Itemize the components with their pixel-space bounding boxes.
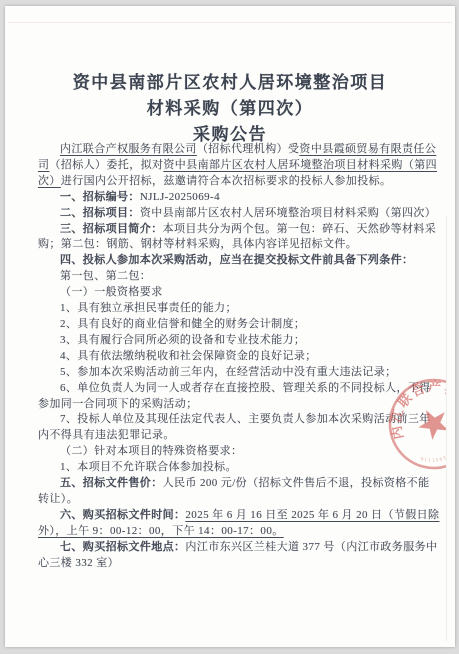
- document-line: 内江联合产权服务有限公司（招标代理机构）受资中县霞硕贸易有限责任公: [38, 142, 436, 158]
- document-line: 二、招标项目：资中县南部片区农村人居环境整治项目材料采购（第四次）: [38, 206, 436, 222]
- text-segment: 内不得具有违法犯罪记录。: [38, 429, 175, 441]
- text-segment: 1、具有独立承担民事责任的能力；: [60, 302, 237, 314]
- document-line: 7、投标人单位及其现任法定代表人、主要负责人参加本次采购活动前三年: [38, 412, 436, 428]
- text-segment: 进行国内公开招标，兹邀请符合本次招标要求的投标人参加投标。: [61, 175, 392, 187]
- document-line: 三、招标项目简介：本项目共分为两个包。第一包：碎石、天然砂等材料采: [38, 222, 436, 238]
- text-segment: 六、购买招标文件时间：: [60, 509, 185, 521]
- document-line: 4、具有依法缴纳税收和社会保障资金的良好记录；: [38, 349, 436, 365]
- text-segment: 四、投标人参加本次采购活动，应当在提交投标文件前具备下列条件：: [60, 254, 413, 266]
- text-segment: 6、单位负责人为同一人或者存在直接控股、管理关系的不同投标人，不得: [60, 382, 431, 394]
- text-segment: 7、投标人单位及其现任法定代表人、主要负责人参加本次采购活动前三年: [60, 413, 431, 425]
- document-title: 资中县南部片区农村人居环境整治项目 材料采购（第四次） 采购公告: [5, 70, 455, 148]
- text-segment: 本项目共分为两个包。第一包：碎石、天然砂等材料采: [163, 223, 437, 235]
- text-segment: 购；第二包：钢筋、钢材等材料采购，具体内容详见招标文件。: [38, 238, 357, 250]
- text-segment: 转让）。: [38, 493, 78, 505]
- document-line: 1、本项目不允许联合体参加投标。: [38, 460, 436, 476]
- text-segment: 人民币 200 元/份（招标文件售后不退，投标资格不能: [163, 477, 430, 489]
- title-line-1: 资中县南部片区农村人居环境整治项目: [5, 70, 455, 96]
- text-segment: 资中县南部片区农村人居环境整治项目材料采购（第四: [163, 159, 437, 171]
- text-segment: （二）针对本项目的特殊资格要求：: [60, 445, 242, 457]
- document-line: 外），上午 9：00-12：00，下午 14：00-17：00。: [38, 524, 436, 540]
- text-segment: 七、购买招标文件地点：: [60, 541, 185, 553]
- text-segment: 次）: [38, 175, 61, 187]
- text-segment: 5、参加本次采购活动前三年内，在经营活动中没有重大违法记录；: [60, 366, 397, 378]
- document-line: 一、招标编号：NJLJ-2025069-4: [38, 190, 436, 206]
- text-segment: （招标人）委托，拟对: [49, 159, 163, 171]
- document-line: 6、单位负责人为同一人或者存在直接控股、管理关系的不同投标人，不得: [38, 381, 436, 397]
- text-segment: 内江市东兴区兰桂大道 377 号（内江市政务服务中: [185, 541, 437, 553]
- document-line: 购；第二包：钢筋、钢材等材料采购，具体内容详见招标文件。: [38, 237, 436, 253]
- text-segment: 三、招标项目简介：: [60, 223, 163, 235]
- text-segment: 司: [38, 159, 49, 171]
- scanned-page: 资中县南部片区农村人居环境整治项目 材料采购（第四次） 采购公告 内江联合产权服…: [5, 6, 455, 647]
- scan-artifact-line: [8, 22, 452, 23]
- text-segment: NJLJ-2025069-4: [140, 191, 220, 203]
- text-segment: 2、具有良好的商业信誉和健全的财务会计制度；: [60, 318, 305, 330]
- text-segment: 二、招标项目：: [60, 207, 140, 219]
- document-body: 内江联合产权服务有限公司（招标代理机构）受资中县霞硕贸易有限责任公司（招标人）委…: [38, 142, 436, 571]
- text-segment: 2025 年 6 月 16 日至 2025 年 6 月 20 日（节假日除: [185, 509, 439, 521]
- text-segment: 心三楼 332 室）: [38, 557, 119, 569]
- text-segment: 1、本项目不允许联合体参加投标。: [60, 461, 237, 473]
- document-line: 参加同一合同项下的采购活动；: [38, 397, 436, 413]
- text-segment: （一）一般资格要求: [60, 286, 163, 298]
- document-line: 第一包、第二包：: [38, 269, 436, 285]
- document-line: 2、具有良好的商业信誉和健全的财务会计制度；: [38, 317, 436, 333]
- document-line: 六、购买招标文件时间：2025 年 6 月 16 日至 2025 年 6 月 2…: [38, 508, 436, 524]
- document-line: 五、招标文件售价：人民币 200 元/份（招标文件售后不退，投标资格不能: [38, 476, 436, 492]
- document-line: 3、具有履行合同所必须的设备和专业技术能力；: [38, 333, 436, 349]
- document-line: 转让）。: [38, 492, 436, 508]
- text-segment: 资中县南部片区农村人居环境整治项目材料采购（第四次）: [140, 207, 436, 219]
- text-segment: 参加同一合同项下的采购活动；: [38, 398, 198, 410]
- text-segment: 一、招标编号：: [60, 191, 140, 203]
- document-line: （二）针对本项目的特殊资格要求：: [38, 444, 436, 460]
- text-segment: 资中县霞硕贸易有限责任公: [299, 143, 436, 155]
- title-line-2: 材料采购（第四次）: [5, 96, 455, 122]
- document-line: （一）一般资格要求: [38, 285, 436, 301]
- text-segment: 第一包、第二包：: [60, 270, 151, 282]
- page-edge-crease: [446, 216, 447, 641]
- document-line: 四、投标人参加本次采购活动，应当在提交投标文件前具备下列条件：: [38, 253, 436, 269]
- text-segment: 五、招标文件售价：: [60, 477, 163, 489]
- text-segment: （招标代理机构）受: [197, 143, 300, 155]
- document-line: 5、参加本次采购活动前三年内，在经营活动中没有重大违法记录；: [38, 365, 436, 381]
- document-line: 次）进行国内公开招标，兹邀请符合本次招标要求的投标人参加投标。: [38, 174, 436, 190]
- document-line: 司（招标人）委托，拟对资中县南部片区农村人居环境整治项目材料采购（第四: [38, 158, 436, 174]
- document-line: 七、购买招标文件地点：内江市东兴区兰桂大道 377 号（内江市政务服务中: [38, 540, 436, 556]
- document-line: 心三楼 332 室）: [38, 556, 436, 572]
- document-line: 内不得具有违法犯罪记录。: [38, 428, 436, 444]
- text-segment: 内江联合产权服务有限公司: [60, 143, 197, 155]
- text-segment: 外），上午 9：00-12：00，下午 14：00-17：00。: [38, 525, 284, 537]
- text-segment: 3、具有履行合同所必须的设备和专业技术能力；: [60, 334, 305, 346]
- document-line: 1、具有独立承担民事责任的能力；: [38, 301, 436, 317]
- text-segment: 4、具有依法缴纳税收和社会保障资金的良好记录；: [60, 350, 317, 362]
